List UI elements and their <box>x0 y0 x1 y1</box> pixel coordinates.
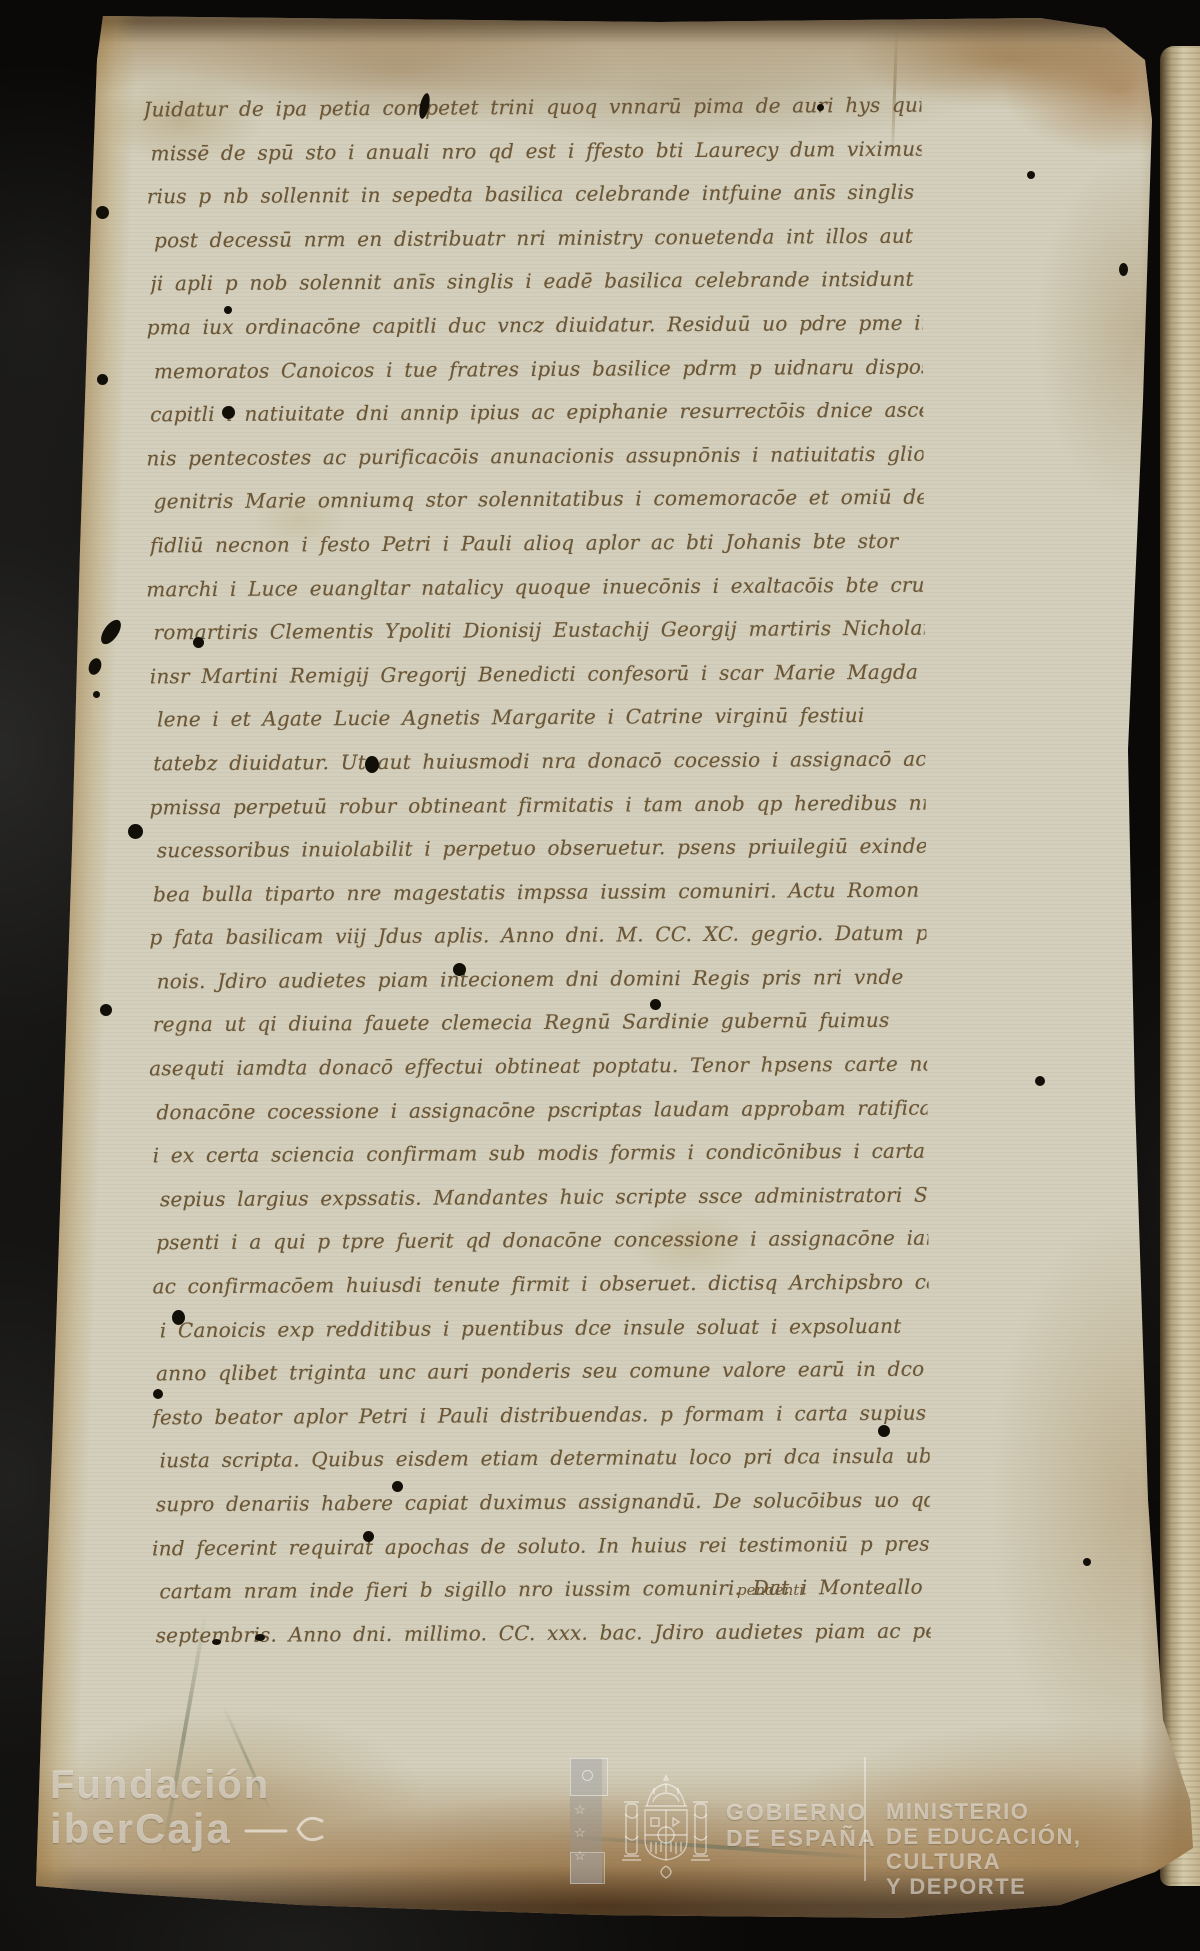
manuscript-line: rius p nb sollennit in sepedta basilica … <box>147 171 922 219</box>
wormhole <box>193 637 204 648</box>
ministerio-line2: DE EDUCACIÓN, CULTURA <box>886 1824 1200 1874</box>
wormhole <box>93 691 100 698</box>
watermark-ministerio: MINISTERIO DE EDUCACIÓN, CULTURA Y DEPOR… <box>886 1799 1200 1899</box>
spain-coat-of-arms-icon <box>620 1774 712 1882</box>
wormhole <box>392 1481 403 1492</box>
manuscript-line: tatebz diuidatur. Ut aut huiusmodi nra d… <box>153 738 925 786</box>
manuscript-line: psenti i a qui p tpre fuerit qd donacōne… <box>156 1217 928 1265</box>
gobierno-line2: DE ESPAÑA <box>726 1825 877 1851</box>
wormhole <box>97 374 108 385</box>
manuscript-line: p fata basilicam viij Jdus aplis. Anno d… <box>149 912 926 960</box>
manuscript-line: regna ut qi diuina fauete clemecia Regnū… <box>153 999 927 1047</box>
manuscript-line: marchi i Luce euangltar natalicy quoque … <box>146 563 924 611</box>
wormhole <box>365 756 379 773</box>
manuscript-line: romartiris Clementis Ypoliti Dionisij Eu… <box>153 607 924 655</box>
wormhole <box>255 1634 265 1641</box>
manuscript-line: festo beator aplor Petri i Pauli distrib… <box>152 1391 929 1439</box>
manuscript-line: ac confirmacōem huiusdi tenute firmit i … <box>152 1261 928 1309</box>
wormhole <box>363 1531 374 1542</box>
eu-star-icon: ☆ <box>574 1825 586 1841</box>
manuscript-line: missē de spū sto i anuali nro qd est i f… <box>150 127 921 175</box>
wormhole <box>1119 263 1128 276</box>
manuscript-line: iusta scripta. Quibus eisdem etiam deter… <box>159 1435 929 1483</box>
manuscript-line: genitris Marie omniumq stor solennitatib… <box>154 476 924 524</box>
ministerio-line3: Y DEPORTE <box>886 1874 1200 1899</box>
ministerio-line1: MINISTERIO <box>886 1799 1200 1824</box>
manuscript-line: ind fecerint requirat apochas de soluto.… <box>152 1522 930 1570</box>
ibercaja-line2: iberCaja <box>50 1806 232 1852</box>
wormhole <box>453 963 466 976</box>
manuscript-line: i ex certa sciencia confirmam sub modis … <box>153 1130 928 1178</box>
manuscript-line: pma iux ordinacōne capitli duc vncz diui… <box>147 302 923 350</box>
manuscript-line: i Canoicis exp redditibus i puentibus dc… <box>160 1304 929 1352</box>
wormhole <box>1027 171 1035 179</box>
manuscript-line: insr Martini Remigij Gregorij Benedicti … <box>150 650 925 698</box>
manuscript-line: nis pentecostes ac purificacōis anunacio… <box>146 432 923 480</box>
watermark-gobierno: GOBIERNO DE ESPAÑA <box>726 1799 877 1851</box>
manuscript-line: cartam nram inde fieri b sigillo nro ius… <box>159 1566 930 1614</box>
wormhole <box>172 1310 185 1325</box>
manuscript-line: bea bulla tiparto nre magestatis impssa … <box>153 868 926 916</box>
eu-flag-circle <box>582 1770 593 1781</box>
wormhole <box>96 206 109 219</box>
manuscript-line: ji apli p nob solennit anīs singlis i ea… <box>150 258 922 306</box>
manuscript-line: anno qlibet triginta unc auri ponderis s… <box>156 1348 929 1396</box>
ibercaja-line1: Fundación <box>50 1764 328 1806</box>
eu-star-icon: ☆ <box>574 1802 586 1818</box>
gobierno-line1: GOBIERNO <box>726 1799 877 1825</box>
manuscript-line: donacōne cocessione i assignacōne pscrip… <box>156 1086 927 1134</box>
manuscript-line: nois. Jdiro audietes piam intecionem dni… <box>157 955 927 1003</box>
watermark-divider <box>864 1757 866 1881</box>
interlinear-addition: pendenti <box>737 1581 804 1599</box>
manuscript-line: sepius largius expssatis. Mandantes huic… <box>160 1173 928 1221</box>
manuscript-line: post decessū nrm en distribuatr nri mini… <box>154 214 922 262</box>
wormhole <box>224 306 232 314</box>
wormhole <box>1083 1558 1091 1566</box>
manuscript-line: Juidatur de ipa petia competet trini quo… <box>143 84 921 132</box>
manuscript-line: septembris. Anno dni. millimo. CC. xxx. … <box>156 1609 931 1657</box>
wormhole <box>650 999 661 1010</box>
wormhole <box>878 1425 890 1437</box>
ibercaja-hand-icon <box>242 1809 328 1849</box>
wormhole <box>128 824 143 839</box>
book-fore-edge <box>1160 46 1200 1886</box>
manuscript-page: Juidatur de ipa petia competet trini quo… <box>0 0 1200 1951</box>
eu-star-icon: ☆ <box>574 1848 586 1864</box>
wormhole <box>100 1004 112 1016</box>
eu-flag-fragment: ☆☆☆ <box>570 1758 602 1884</box>
manuscript-line: pmissa perpetuū robur obtineant firmitat… <box>149 781 925 829</box>
manuscript-line: supro denariis habere capiat duximus ass… <box>156 1479 930 1527</box>
manuscript-line: asequti iamdta donacō effectui obtineat … <box>149 1043 927 1091</box>
wormhole <box>212 1639 221 1645</box>
manuscript-line: sucessoribus inuiolabilit i perpetuo obs… <box>157 825 926 873</box>
wormhole <box>153 1389 163 1399</box>
manuscript-text: Juidatur de ipa petia competet trini quo… <box>143 84 931 1658</box>
wormhole <box>817 104 824 111</box>
manuscript-line: lene i et Agate Lucie Agnetis Margarite … <box>157 694 925 742</box>
manuscript-line: memoratos Canoicos i tue fratres ipius b… <box>154 345 923 393</box>
watermark-ibercaja: Fundación iberCaja <box>50 1764 328 1852</box>
manuscript-line: fidliū necnon i festo Petri i Pauli alio… <box>150 520 924 568</box>
wormhole <box>1035 1076 1045 1086</box>
manuscript-line: capitli i natiuitate dni annip ipius ac … <box>150 389 923 437</box>
photo-background: Juidatur de ipa petia competet trini quo… <box>0 0 1200 1951</box>
wormhole <box>222 406 235 419</box>
